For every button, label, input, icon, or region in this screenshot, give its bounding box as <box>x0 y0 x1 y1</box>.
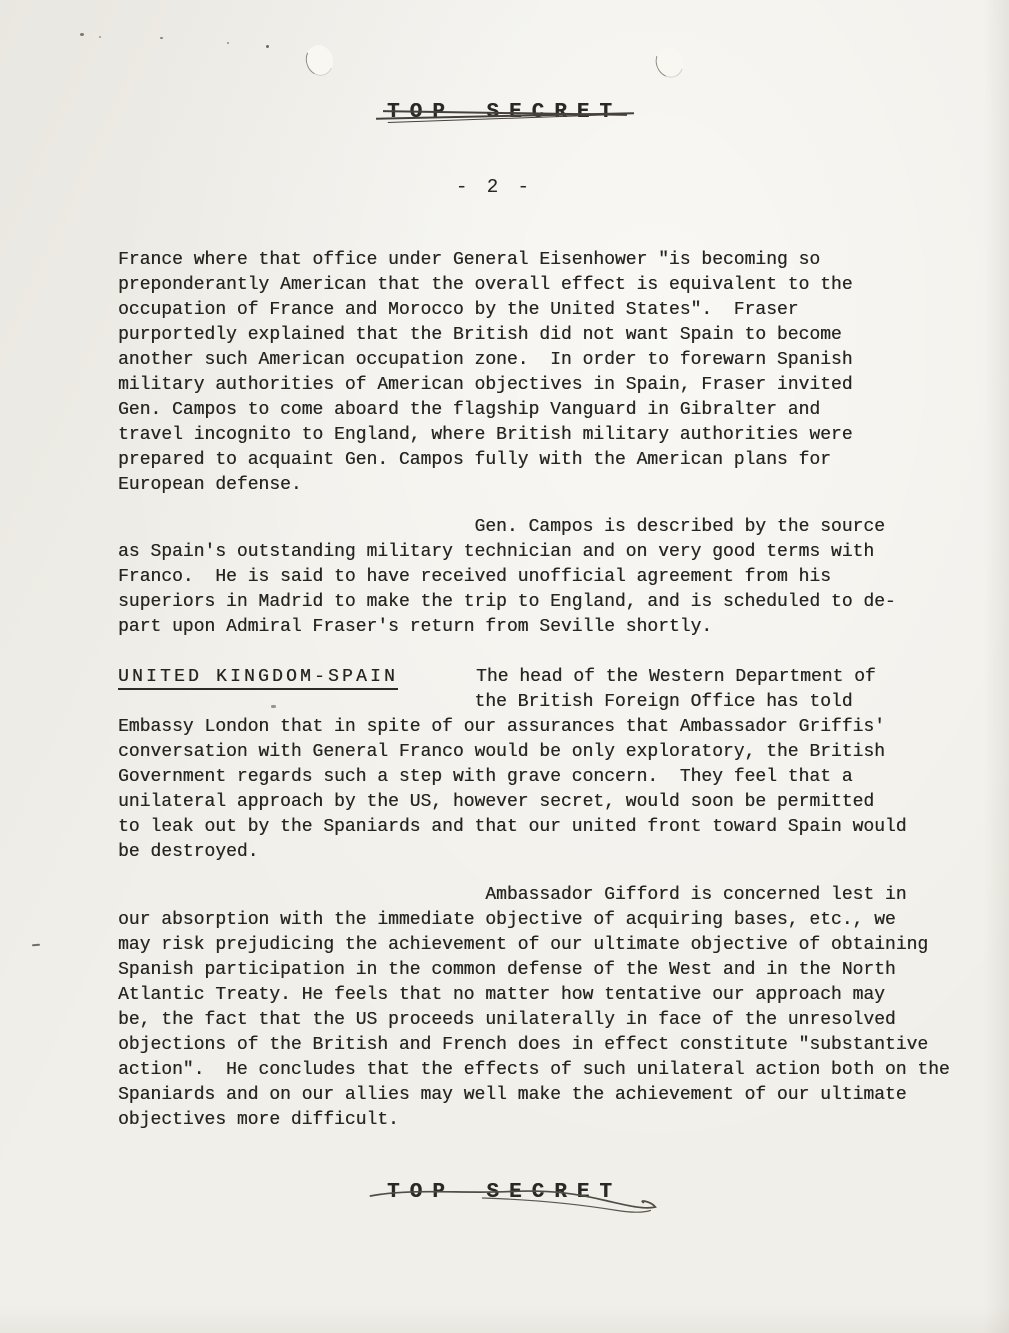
text-line: Gen. Campos is described by the source <box>118 515 998 540</box>
text-line: Atlantic Treaty. He feels that no matter… <box>118 983 998 1008</box>
text-line: purportedly explained that the British d… <box>118 323 998 348</box>
text-line: be, the fact that the US proceeds unilat… <box>118 1008 998 1033</box>
text-line: Franco. He is said to have received unof… <box>118 565 998 590</box>
text-line: may risk prejudicing the achievement of … <box>118 933 998 958</box>
text-line: Embassy London that in spite of our assu… <box>118 715 998 740</box>
punch-hole-icon <box>651 43 688 82</box>
text-line: Ambassador Gifford is concerned lest in <box>118 883 998 908</box>
text-line: occupation of France and Morocco by the … <box>118 298 998 323</box>
text-line: military authorities of American objecti… <box>118 373 998 398</box>
document-body: France where that office under General E… <box>118 248 998 1133</box>
text-line: unilateral approach by the US, however s… <box>118 790 998 815</box>
text-line: our absorption with the immediate object… <box>118 908 998 933</box>
page-number: - 2 - <box>0 176 989 198</box>
paragraph-ambassador-gifford: Ambassador Gifford is concerned lest ino… <box>118 883 998 1133</box>
paragraph-gen-campos: Gen. Campos is described by the sourceas… <box>118 515 998 640</box>
text-line: Spanish participation in the common defe… <box>118 958 998 983</box>
text-line: be destroyed. <box>118 840 998 865</box>
punch-hole-icon <box>302 42 337 80</box>
text-line: preponderantly American that the overall… <box>118 273 998 298</box>
text-line: France where that office under General E… <box>118 248 998 273</box>
paragraph-american-occupation: France where that office under General E… <box>118 248 998 498</box>
section-heading-line-rest: The head of the Western Department of <box>476 667 876 687</box>
text-line: Gen. Campos to come aboard the flagship … <box>118 398 998 423</box>
classification-footer: TOP SECRET <box>0 1181 1009 1204</box>
text-line: another such American occupation zone. I… <box>118 348 998 373</box>
text-line: action". He concludes that the effects o… <box>118 1058 998 1083</box>
dust-speck <box>227 42 229 44</box>
text-line: prepared to acquaint Gen. Campos fully w… <box>118 448 998 473</box>
text-line: European defense. <box>118 473 998 498</box>
text-line: as Spain's outstanding military technici… <box>118 540 998 565</box>
text-line: Government regards such a step with grav… <box>118 765 998 790</box>
text-line: objections of the British and French doe… <box>118 1033 998 1058</box>
text-line: the British Foreign Office has told <box>118 690 998 715</box>
text-line: conversation with General Franco would b… <box>118 740 998 765</box>
section-united-kingdom-spain: UNITED KINGDOM-SPAINThe head of the West… <box>118 665 998 865</box>
section-heading-line: UNITED KINGDOM-SPAINThe head of the West… <box>118 665 998 690</box>
pen-strikethrough-mark <box>362 1175 672 1225</box>
dust-speck <box>80 33 84 36</box>
margin-pen-mark <box>32 944 40 947</box>
text-line: part upon Admiral Fraser's return from S… <box>118 615 998 640</box>
section-heading: UNITED KINGDOM-SPAIN <box>118 667 398 690</box>
text-line: to leak out by the Spaniards and that ou… <box>118 815 998 840</box>
section-body-lines: the British Foreign Office has toldEmbas… <box>118 690 998 865</box>
scanned-document-page: TOP SECRET - 2 - France where that offic… <box>0 0 1009 1333</box>
dust-speck <box>266 45 269 48</box>
dust-speck <box>160 37 163 39</box>
text-line: travel incognito to England, where Briti… <box>118 423 998 448</box>
text-line: superiors in Madrid to make the trip to … <box>118 590 998 615</box>
text-line: objectives more difficult. <box>118 1108 998 1133</box>
dust-speck <box>99 36 101 38</box>
classification-header: TOP SECRET <box>0 101 1009 124</box>
text-line: Spaniards and on our allies may well mak… <box>118 1083 998 1108</box>
